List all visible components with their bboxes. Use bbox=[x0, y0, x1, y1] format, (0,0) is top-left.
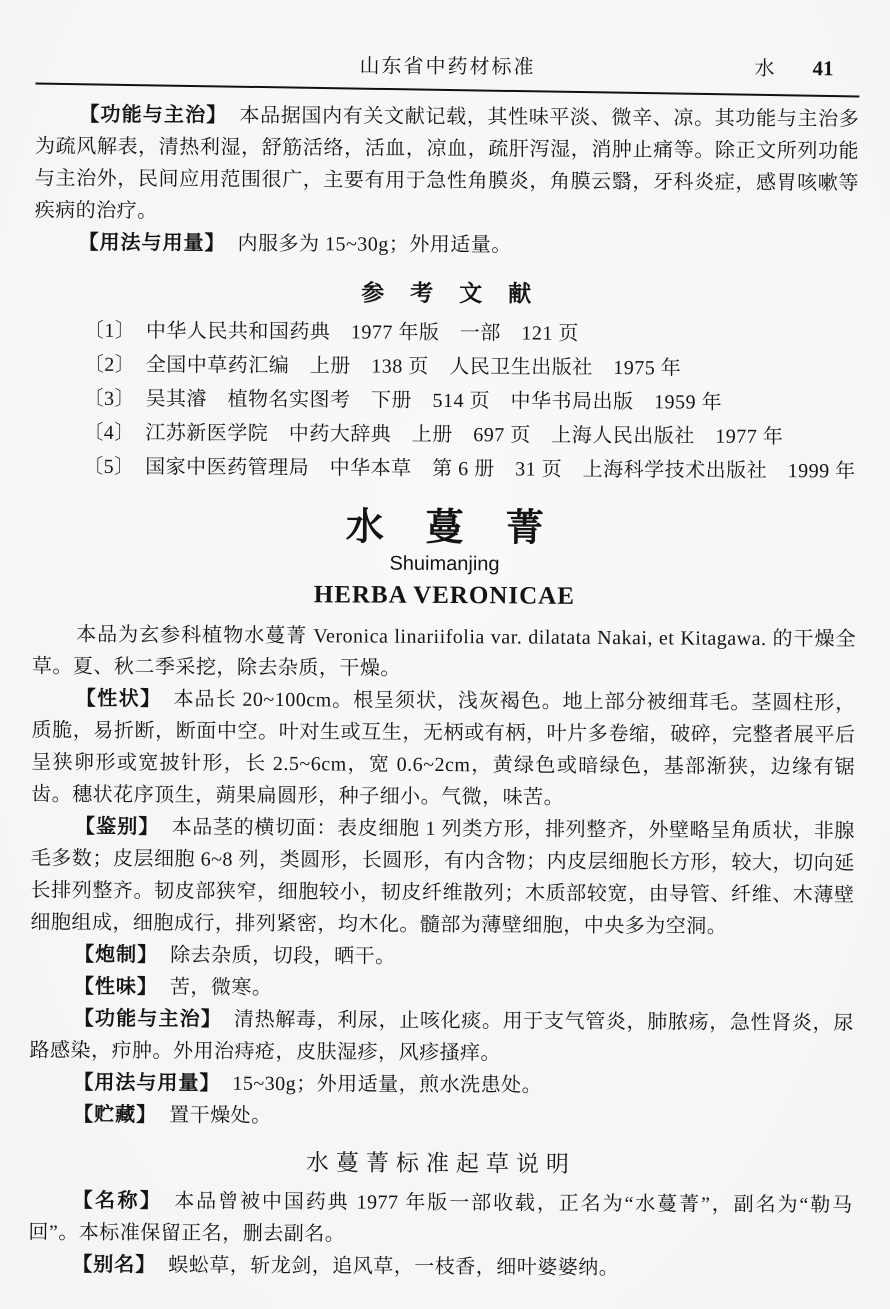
section-label: 【名称】 bbox=[73, 1190, 163, 1213]
reference-item: 〔5〕 国家中医药管理局 中华本草 第 6 册 31 页 上海科学技术出版社 1… bbox=[33, 449, 857, 488]
monograph-functions-paragraph: 【功能与主治】清热解毒，利尿，止咳化痰。用于支气管炎，肺脓疡，急性肾炎，尿路感染… bbox=[29, 1002, 853, 1071]
section-label: 【性味】 bbox=[74, 976, 158, 999]
identification-paragraph: 【鉴别】本品茎的横切面：表皮细胞 1 列类方形，排列整齐，外壁略呈角质状，非腺毛… bbox=[30, 810, 855, 943]
header-rule bbox=[35, 82, 859, 97]
name-note-paragraph: 【名称】本品曾被中国药典 1977 年版一部收载，正名为“水蔓菁”，副名为“勒马… bbox=[28, 1184, 852, 1253]
section-label: 【炮制】 bbox=[74, 944, 158, 967]
references-heading: 参考文献 bbox=[34, 272, 858, 310]
alias-paragraph: 【别名】蜈蚣草，斩龙剑，追风草，一枝香，细叶婆婆纳。 bbox=[28, 1248, 852, 1285]
reference-item: 〔4〕 江苏新医学院 中药大辞典 上册 697 页 上海人民出版社 1977 年 bbox=[33, 415, 857, 454]
section-label: 【功能与主治】 bbox=[74, 1008, 222, 1031]
monograph-dosage-paragraph: 【用法与用量】15~30g；外用适量，煎水洗患处。 bbox=[29, 1066, 853, 1103]
section-label: 【贮藏】 bbox=[73, 1104, 157, 1127]
monograph-title: 水蔓菁 bbox=[33, 503, 857, 552]
draft-notes-heading: 水蔓菁标准起草说明 bbox=[29, 1146, 853, 1181]
section-label: 【鉴别】 bbox=[75, 816, 160, 839]
taste-property-paragraph: 【性味】苦，微寒。 bbox=[30, 970, 854, 1007]
origin-paragraph: 本品为玄参科植物水蔓菁 Veronica linariifolia var. d… bbox=[32, 618, 856, 687]
section-label: 【用法与用量】 bbox=[78, 232, 225, 255]
section-text: 苦，微寒。 bbox=[170, 976, 273, 999]
page-corner: 水 41 bbox=[755, 52, 834, 81]
dosage-paragraph: 【用法与用量】内服多为 15~30g；外用适量。 bbox=[34, 226, 858, 263]
scanned-page: 山东省中药材标准 水 41 【功能与主治】本品据国内有关文献记载，其性味平淡、微… bbox=[0, 0, 890, 1309]
latin-name: HERBA VERONICAE bbox=[32, 578, 856, 613]
section-label: 【用法与用量】 bbox=[73, 1072, 220, 1095]
section-text: 内服多为 15~30g；外用适量。 bbox=[237, 233, 511, 257]
page-header: 山东省中药材标准 水 41 bbox=[36, 48, 860, 83]
processing-paragraph: 【炮制】除去杂质，切段，晒干。 bbox=[30, 938, 854, 975]
section-text: 除去杂质，切段，晒干。 bbox=[170, 944, 396, 967]
section-label: 【别名】 bbox=[72, 1254, 156, 1277]
reference-item: 〔1〕 中华人民共和国药典 1977 年版 一部 121 页 bbox=[34, 313, 858, 352]
section-label: 【功能与主治】 bbox=[79, 104, 227, 127]
references-list: 〔1〕 中华人民共和国药典 1977 年版 一部 121 页 〔2〕 全国中草药… bbox=[33, 313, 858, 488]
running-title: 山东省中药材标准 bbox=[36, 48, 860, 82]
reference-item: 〔2〕 全国中草药汇编 上册 138 页 人民卫生出版社 1975 年 bbox=[34, 347, 858, 386]
page-content: 山东省中药材标准 水 41 【功能与主治】本品据国内有关文献记载，其性味平淡、微… bbox=[0, 0, 890, 1286]
section-text: 15~30g；外用适量，煎水洗患处。 bbox=[232, 1073, 542, 1097]
storage-paragraph: 【贮藏】置干燥处。 bbox=[29, 1098, 853, 1135]
section-text: 蜈蚣草，斩龙剑，追风草，一枝香，细叶婆婆纳。 bbox=[168, 1254, 619, 1279]
pinyin-name: Shuimanjing bbox=[32, 549, 856, 578]
page-number: 41 bbox=[813, 56, 834, 81]
functions-indications-paragraph: 【功能与主治】本品据国内有关文献记载，其性味平淡、微辛、凉。其功能与主治多为疏风… bbox=[35, 98, 860, 231]
reference-item: 〔3〕 吴其濬 植物名实图考 下册 514 页 中华书局出版 1959 年 bbox=[33, 381, 857, 420]
description-paragraph: 【性状】本品长 20~100cm。根呈须状，浅灰褐色。地上部分被细茸毛。茎圆柱形… bbox=[31, 682, 856, 815]
section-label: 【性状】 bbox=[76, 688, 162, 711]
section-index-char: 水 bbox=[755, 52, 775, 81]
section-text: 置干燥处。 bbox=[169, 1104, 272, 1127]
